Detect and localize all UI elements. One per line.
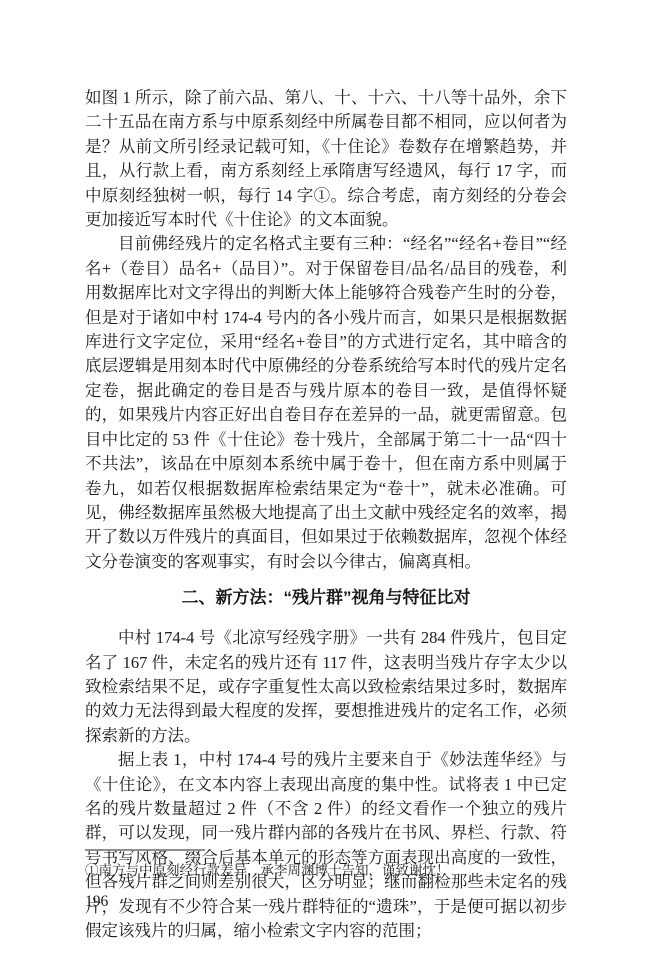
body-paragraph-2: 目前佛经残片的定名格式主要有三种：“经名”“经名+卷目”“经名+（卷目）品名+（…	[85, 232, 567, 574]
body-paragraph-3: 中村 174-4 号《北凉写经残字册》一共有 284 件残片，包目定名了 167…	[85, 626, 567, 748]
page-body: 如图 1 所示，除了前六品、第八、十、十六、十八等十品外，余下二十五品在南方系与…	[85, 86, 567, 943]
body-paragraph-4: 据上表 1，中村 174-4 号的残片主要来自于《妙法莲华经》与《十住论》，在文…	[85, 748, 567, 943]
footnote-area: ①南方与中原刻经行款差异，承李周渊博士告知，谨致谢忱！	[85, 849, 567, 880]
footnote-divider	[85, 849, 205, 851]
body-paragraph-1: 如图 1 所示，除了前六品、第八、十、十六、十八等十品外，余下二十五品在南方系与…	[85, 86, 567, 232]
document-page: 如图 1 所示，除了前六品、第八、十、十六、十八等十品外，余下二十五品在南方系与…	[0, 0, 650, 973]
footnote-text: ①南方与中原刻经行款差异，承李周渊博士告知，谨致谢忱！	[85, 861, 567, 880]
page-number: 196	[85, 892, 108, 912]
section-heading: 二、新方法：“残片群”视角与特征比对	[85, 586, 567, 610]
